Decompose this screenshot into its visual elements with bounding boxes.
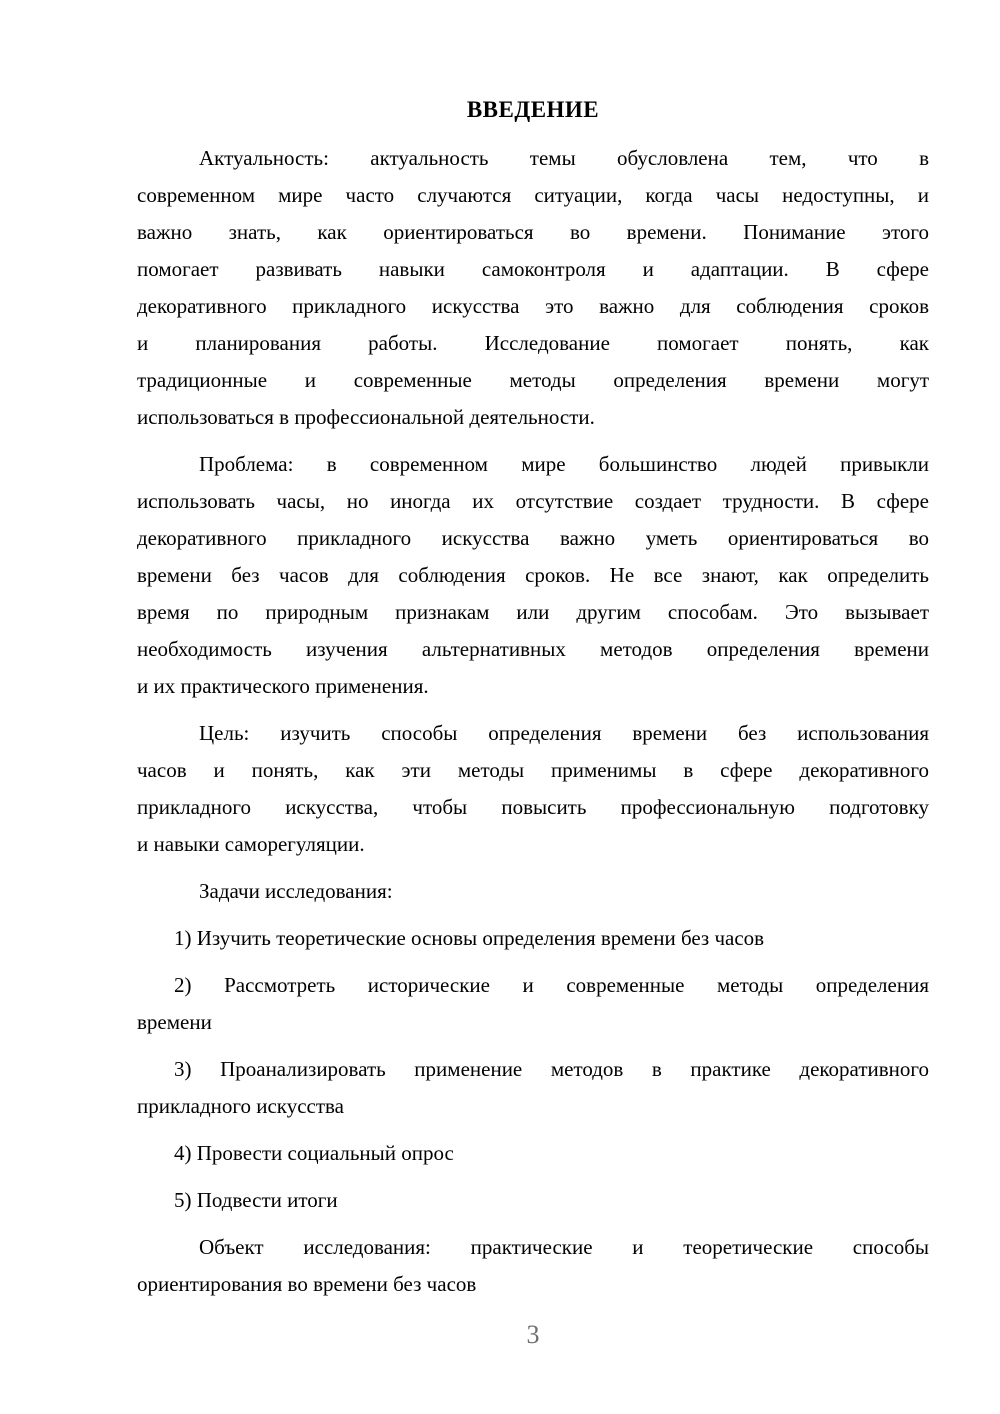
text-line: часов и понять, как эти методы применимы…	[137, 752, 929, 789]
paragraph-goal: Цель: изучить способы определения времен…	[137, 715, 929, 863]
task-item-5: 5) Подвести итоги	[137, 1182, 929, 1219]
text-line: использоваться в профессиональной деятел…	[137, 399, 929, 436]
text-line: традиционные и современные методы опреде…	[137, 362, 929, 399]
text-line: и навыки саморегуляции.	[137, 826, 929, 863]
paragraph-tasks-heading: Задачи исследования:	[137, 873, 929, 910]
text-line: 1) Изучить теоретические основы определе…	[137, 920, 929, 957]
text-line: необходимость изучения альтернативных ме…	[137, 631, 929, 668]
text-line: время по природным признакам или другим …	[137, 594, 929, 631]
text-line: 5) Подвести итоги	[137, 1182, 929, 1219]
page-title: ВВЕДЕНИЕ	[137, 97, 929, 123]
text-line: 4) Провести социальный опрос	[137, 1135, 929, 1172]
text-line: современном мире часто случаются ситуаци…	[137, 177, 929, 214]
text-line: прикладного искусства, чтобы повысить пр…	[137, 789, 929, 826]
text-line: важно знать, как ориентироваться во врем…	[137, 214, 929, 251]
text-line: и планирования работы. Исследование помо…	[137, 325, 929, 362]
document-body: Актуальность: актуальность темы обусловл…	[137, 140, 929, 1303]
page-number: 3	[137, 1320, 929, 1350]
task-item-3: 3) Проанализировать применение методов в…	[137, 1051, 929, 1125]
text-line: и их практического применения.	[137, 668, 929, 705]
text-line: помогает развивать навыки самоконтроля и…	[137, 251, 929, 288]
text-line: Проблема: в современном мире большинство…	[137, 446, 929, 483]
text-line: использовать часы, но иногда их отсутств…	[137, 483, 929, 520]
text-line: Задачи исследования:	[137, 873, 929, 910]
text-line: прикладного искусства	[137, 1088, 929, 1125]
text-line: Объект исследования: практические и теор…	[137, 1229, 929, 1266]
text-line: Цель: изучить способы определения времен…	[137, 715, 929, 752]
text-line: декоративного прикладного искусства важн…	[137, 520, 929, 557]
text-line: времени	[137, 1004, 929, 1041]
text-line: Актуальность: актуальность темы обусловл…	[137, 140, 929, 177]
paragraph-object: Объект исследования: практические и теор…	[137, 1229, 929, 1303]
text-line: ориентирования во времени без часов	[137, 1266, 929, 1303]
text-line: 2) Рассмотреть исторические и современны…	[137, 967, 929, 1004]
text-line: времени без часов для соблюдения сроков.…	[137, 557, 929, 594]
text-line: декоративного прикладного искусства это …	[137, 288, 929, 325]
document-page: ВВЕДЕНИЕ Актуальность: актуальность темы…	[0, 0, 1000, 1414]
task-item-1: 1) Изучить теоретические основы определе…	[137, 920, 929, 957]
text-line: 3) Проанализировать применение методов в…	[137, 1051, 929, 1088]
paragraph-problem: Проблема: в современном мире большинство…	[137, 446, 929, 705]
paragraph-relevance: Актуальность: актуальность темы обусловл…	[137, 140, 929, 436]
task-item-2: 2) Рассмотреть исторические и современны…	[137, 967, 929, 1041]
task-item-4: 4) Провести социальный опрос	[137, 1135, 929, 1172]
